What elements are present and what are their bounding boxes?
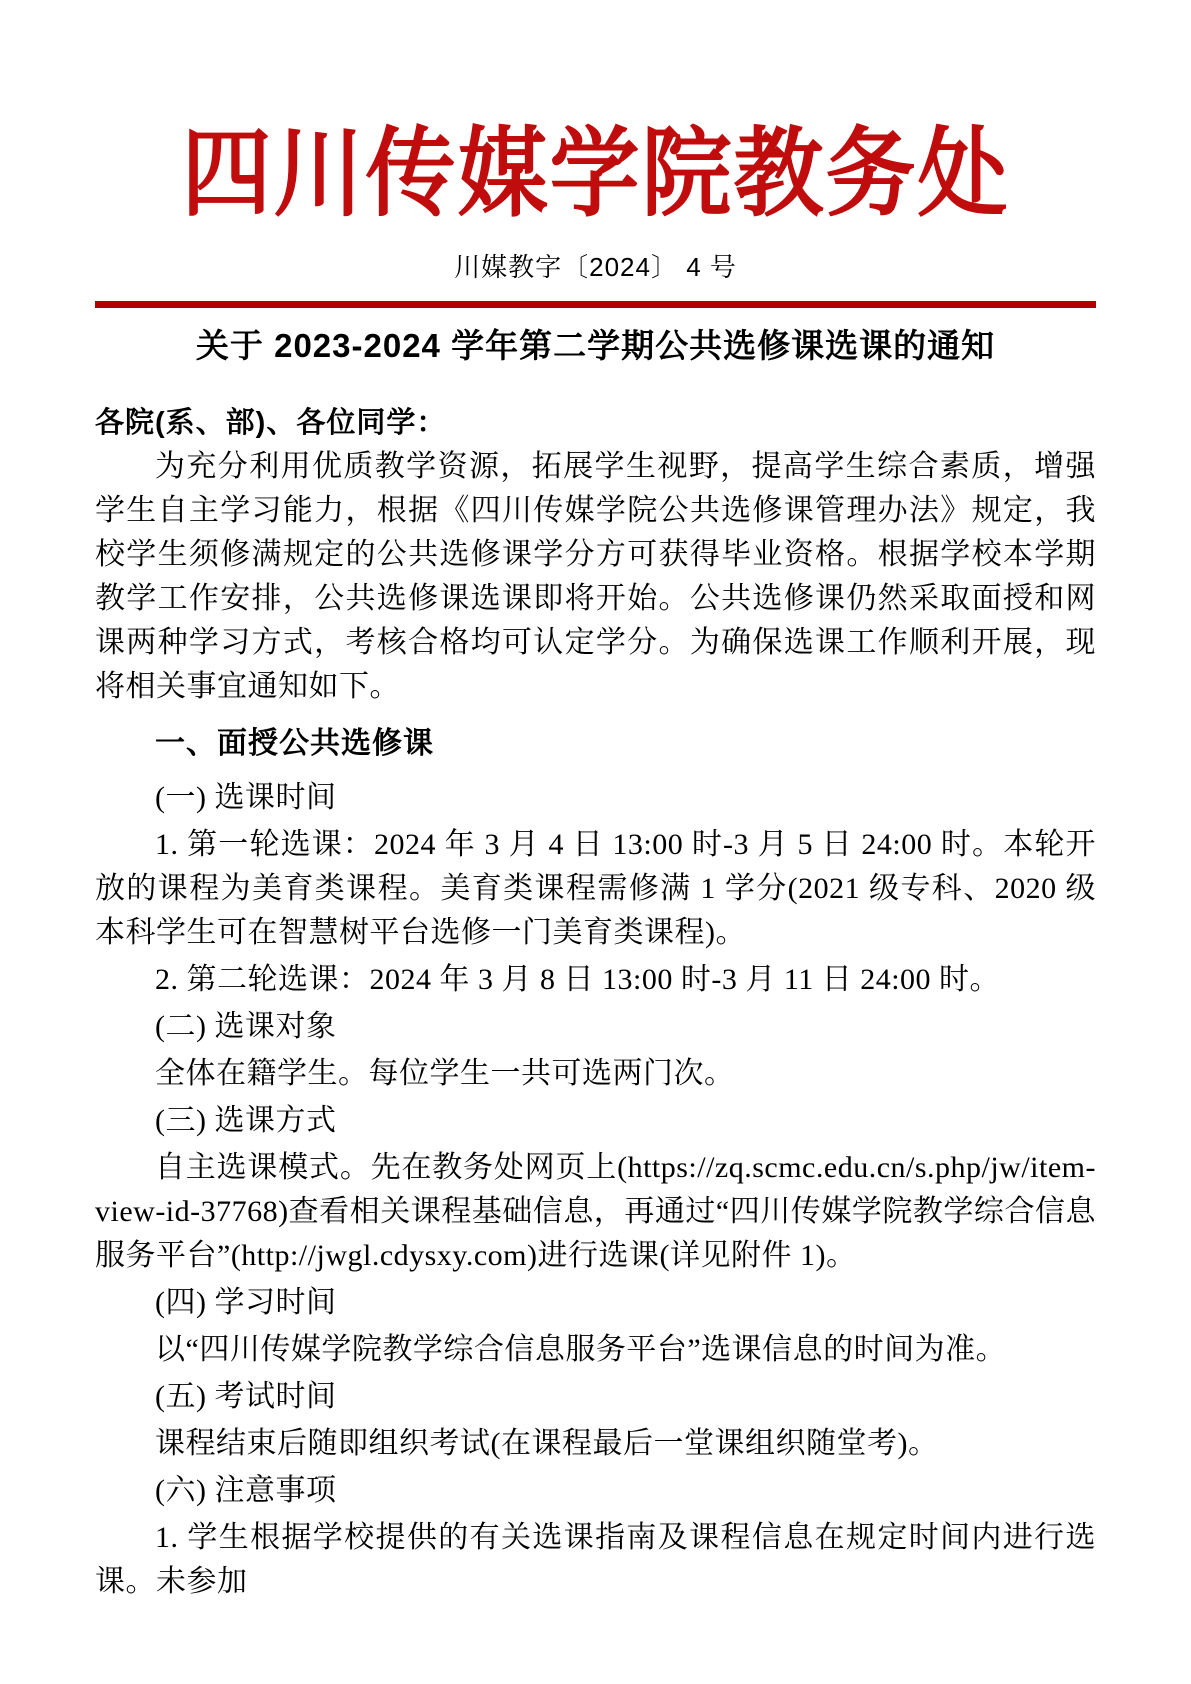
red-divider-rule [95,301,1096,308]
subsection-course-selection-time: (一) 选课时间 [95,776,1096,820]
section-heading-face-to-face-courses: 一、面授公共选修课 [95,722,1096,766]
document-number: 川媒教字〔2024〕 4 号 [95,250,1096,284]
notice-title: 关于 2023-2024 学年第二学期公共选修课选课的通知 [95,326,1096,366]
exam-time-detail-line: 课程结束后随即组织考试(在课程最后一堂课组织随堂考)。 [95,1422,1096,1466]
intro-paragraph: 为充分利用优质教学资源，拓展学生视野，提高学生综合素质，增强学生自主学习能力，根… [95,445,1096,709]
study-time-detail-line: 以“四川传媒学院教学综合信息服务平台”选课信息的时间为准。 [95,1328,1096,1372]
notes-item-1-line: 1. 学生根据学校提供的有关选课指南及课程信息在规定时间内进行选课。未参加 [95,1516,1096,1604]
agency-letterhead-title: 四川传媒学院教务处 [95,110,1096,237]
selection-target-detail-line: 全体在籍学生。每位学生一共可选两门次。 [95,1052,1096,1096]
second-round-selection-line: 2. 第二轮选课：2024 年 3 月 8 日 13:00 时-3 月 11 日… [95,958,1096,1002]
subsection-study-time: (四) 学习时间 [95,1281,1096,1325]
subsection-selection-target: (二) 选课对象 [95,1005,1096,1049]
notice-document-page: 四川传媒学院教务处 川媒教字〔2024〕 4 号 关于 2023-2024 学年… [0,0,1191,1684]
subsection-notes: (六) 注意事项 [95,1469,1096,1513]
first-round-selection-paragraph: 1. 第一轮选课：2024 年 3 月 4 日 13:00 时-3 月 5 日 … [95,823,1096,955]
subsection-exam-time: (五) 考试时间 [95,1375,1096,1419]
salutation-line: 各院(系、部)、各位同学： [95,404,1096,442]
selection-method-detail-paragraph: 自主选课模式。先在教务处网页上(https://zq.scmc.edu.cn/s… [95,1146,1096,1278]
subsection-selection-method: (三) 选课方式 [95,1099,1096,1143]
